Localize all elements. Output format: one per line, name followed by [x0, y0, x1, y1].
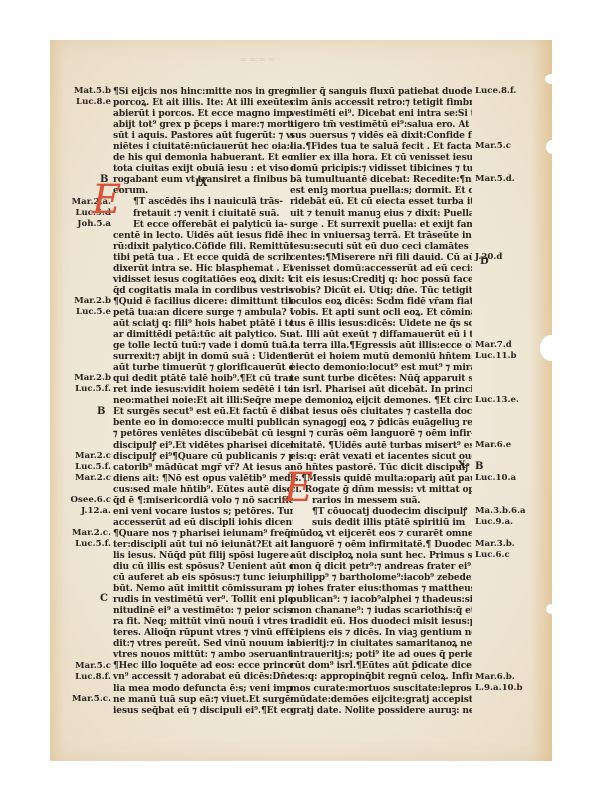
show-through-text: ≈ ≈ ≈ ≈ [240, 55, 274, 64]
text-line: cim ānis accessit retro:⁊ tetigit fimbri… [290, 97, 472, 108]
text-line: languorē ⁊ oēm infirmitatē.¶ Duodeci [290, 539, 472, 550]
text-line: petā tua:an dicere surge ⁊ ambula? Ut [113, 307, 293, 318]
text-line: aūt discipłoꝝ noia sunt hec. Primus sy- [290, 550, 472, 561]
text-line: mlier ex illa hora. Et cū venisset iesus… [290, 152, 472, 163]
text-line: catorib⁹ mādūcat mgr̄ vr̄? At iesus au [113, 462, 293, 473]
margin-reference: Luc.6.c [475, 550, 510, 560]
text-line: domū pricipis:⁊ vidisset tibicines ⁊ tur [290, 163, 472, 174]
torn-edge-notch [545, 74, 559, 84]
text-line: uit ⁊ tenuit manuꝫ eius ⁊ dixit: Puella [290, 208, 472, 219]
right-text-column: mlier q̄ sanguis fluxū patiebat duode-ci… [290, 86, 472, 716]
text-line: ne manū tuā sup eā:⁊ viuet.Et surgēs [113, 694, 293, 705]
text-line: gratj date. Nolite possidere auruꝫ: neq; [290, 705, 472, 716]
text-line: surrexit:⁊ abijt in domū suā : Uidentes [113, 351, 293, 362]
text-line: mon q̄ dicit petr⁹:⁊ andreas frater ei⁹: [290, 561, 472, 572]
text-line: sūt i aquis. Pastores aūt fugerūt: ⁊ ve- [113, 130, 293, 141]
text-line: mon chanane⁹: ⁊ iudas scariothis:q̄ et [290, 605, 472, 616]
text-line: in synagogj eoꝝ ⁊ p̄dicās euāgeliuꝫ re- [290, 417, 472, 428]
text-line: ¶Si eijcis nos hinc:mitte nos in gregē [113, 86, 293, 97]
text-line: ⁊ petōres veniētes discūbebāt cū iesu:⁊ [113, 428, 293, 439]
margin-reference: Mar.5.c. [55, 694, 111, 704]
text-line: oculos eoꝝ dicēs: Scd̄m fidē vr̄am fiat [290, 296, 472, 307]
margin-reference: Osee.6.c [55, 495, 111, 505]
text-line: cū auferet ab eis spōsus:⁊ tunc ieiuna- [113, 572, 293, 583]
margin-reference: Mar.7.d [475, 340, 512, 350]
text-line: cipiens eis ⁊ dicēs. In viaꝫ gentium ne [290, 627, 472, 638]
text-line: bā tumultuantē dicebat: Recedite:¶nō [290, 174, 472, 185]
text-line: tibi petā tua . Et ecce quidā de scribis [113, 252, 293, 263]
text-line: fretauit :⁊ venit i ciuitatē suā. [113, 208, 293, 219]
text-line: cit eis iesus:Creditj q: hoc possū facer… [290, 274, 472, 285]
text-line: bente eo in domo:ecce multi publicani [113, 417, 293, 428]
margin-reference: Luc.9.a. [475, 517, 513, 527]
margin-reference: L.9.a.10.b [475, 683, 523, 693]
chapter-number-x: X [458, 460, 466, 471]
margin-reference: Mar.5.d. [475, 174, 515, 184]
margin-reference: Luc.5.f. [55, 539, 111, 549]
text-line: vobis? Dicūt ei. Utiq; dn̄e. Tūc tetigit [290, 285, 472, 296]
text-line: vidisset iesus cogitatiōes eoꝝ dixit: Ut [113, 274, 293, 285]
red-initial-e: E [284, 468, 313, 508]
margin-reference: Mar.5.c [55, 661, 111, 671]
text-line: est eniꝫ mortua puella:s; dormit. Et de- [290, 185, 472, 196]
text-line: rudis in vestimētū ver⁹. Tollit eni ple- [113, 594, 293, 605]
text-line: sus ɔuersus ⁊ vidēs eā dixit:Confide fi- [290, 130, 472, 141]
text-line: nitudinē ei⁹ a vestimēto: ⁊ peior scissu… [113, 605, 293, 616]
text-line: Et surgēs secut⁹ est eū.Et factū ē discū… [113, 406, 293, 417]
text-line: eiecto demonio:locut⁹ est mut⁹ ⁊ mira- [290, 362, 472, 373]
margin-reference: Luc.8.f. [55, 672, 111, 682]
margin-reference: Luc.5.f. [55, 462, 111, 472]
text-line: ¶T ascēdēs ihs i nauiculā trās- [113, 196, 293, 207]
text-line: aūt sciatj q: fili⁹ hois habet ptātē i t… [113, 318, 293, 329]
text-line: ¶Quare nos ⁊ pharisei ieiunam⁹ freq̄ē [113, 528, 293, 539]
text-line: mitatē. ¶Uidēs autē turbas misert⁹ est [290, 440, 472, 451]
text-line: tota ciuitas exijt obuiā iesu : et viso … [113, 163, 293, 174]
text-line: surge . Et surrexit puella: et exijt fam… [290, 219, 472, 230]
red-initial-e: E [92, 180, 121, 220]
margin-reference: Luce.8.f. [475, 86, 516, 96]
text-line: publican⁹: ⁊ iacob⁹alphei ⁊ thadeus:si- [290, 594, 472, 605]
text-line: būt. Nemo aūt imittit cōmissuram pāni [113, 583, 293, 594]
text-line: accesserūt ad eū discipli iohis dicentes… [113, 517, 293, 528]
margin-reference: Luc.13.e. [475, 395, 519, 405]
text-line: ge tolle lectū tuū:⁊ vade i domū tuā.Et [113, 340, 293, 351]
text-line: lerūt ei hoiem mutū demoniū hn̄tem:et [290, 351, 472, 362]
margin-reference: Luc.5.f. [55, 384, 111, 394]
text-line: tes:q: appropinq̄bit regnū celoꝝ. Infir- [290, 671, 472, 682]
text-line: discipulꝭ ei⁹.Et vidētes pharisei dicebā… [113, 440, 293, 451]
margin-reference: Luc.10.a [475, 473, 516, 483]
margin-reference: Mar.6.e [475, 440, 511, 450]
margin-reference: Mar.2.c. [55, 528, 111, 538]
text-line: neo:mathei noie:Et ait illi:Seq̄re me [113, 395, 293, 406]
text-line: centē in lecto. Uidēs aūt iesus fidē ill… [113, 230, 293, 241]
torn-edge-notch [546, 604, 556, 614]
text-line: de his qui demonia habuerant. Et ecce [113, 152, 293, 163]
text-line: mlier q̄ sanguis fluxū patiebat duode- [290, 86, 472, 97]
text-line: intraueritj:s; poti⁹ ite ad oues q̄ peri… [290, 649, 472, 660]
text-line: iesu:secuti sūt eū duo ceci clamātes ⁊ d… [290, 241, 472, 252]
text-line: dit:⁊ vtres pereūt. Sed vinū nouum in [113, 638, 293, 649]
text-line: ter:discipli aūt tui nō ieiunāt?Et ait i… [113, 539, 293, 550]
text-line: philipp⁹ ⁊ bartholome⁹:iacob⁹ zebedei [290, 572, 472, 583]
text-line: porcoꝝ. Et ait illis. Ite: At illi exeūt… [113, 97, 293, 108]
text-line: iesus seq̄bat eū ⁊ discipuli ei⁹.¶Et ecc… [113, 705, 293, 716]
text-line: tigero tm̄ vestimētū ei⁹:salua ero. At i… [290, 119, 472, 130]
text-line: is.¶Messis quidē multa:opariȷ aūt pau [290, 473, 472, 484]
text-line: mos curate:mortuos suscitate:leprosos [290, 683, 472, 694]
text-line: ci. Rogate ḡ dn̄m messis: vt mittat ope- [290, 484, 472, 495]
text-line: gni ⁊ curās oēm languorē ⁊ oēm infir- [290, 428, 472, 439]
text-line: teres. Alioq̄n rūpunt vtres ⁊ vinū effū [113, 627, 293, 638]
margin-reference: Luc.5.e [55, 307, 111, 317]
text-line: centes:¶Miserere nr̄i fili dauid. Cū aūt [290, 252, 472, 263]
margin-reference: Mar.6.b. [475, 672, 515, 682]
text-line: vtres nouos mittūt: ⁊ ambo ɔseruant. [113, 649, 293, 660]
text-line: discipulꝭ ei⁹¶Quare cū publicanis ⁊ pec [113, 451, 293, 462]
text-line: suis dedit illis ptātē spiritiū im [290, 517, 472, 528]
margin-reference: Ma.3.b.6.a [475, 506, 526, 516]
margin-reference: Mat.5.b [55, 86, 111, 96]
margin-reference: Luc.8.e [55, 97, 111, 107]
text-line: niētes i ciuitatē:nūciauerūt hec oia:et [113, 141, 293, 152]
text-line: abijt tot⁹ grex p p̄ceps i mare:⁊ mortui [113, 119, 293, 130]
text-line: te sunt turbe dicētes: Nūq̄ apparuit sic [290, 373, 472, 384]
text-line: hec in vniuersaꝫ terrā. Et trāseūte inde [290, 230, 472, 241]
text-line: lis iesus. Nūq̄d pūt filij spōsi lugere … [113, 550, 293, 561]
text-line: Et ecce offerebāt ei palyticū ia- [113, 219, 293, 230]
text-line: venisset domū:accesserūt ad eū ceci:⁊ di [290, 263, 472, 274]
text-line: ar dimittēdi petā:tūc ait palytico. Sur [113, 329, 293, 340]
margin-reference: Mar.2.c [55, 451, 111, 461]
text-line: ta terra illa.¶Egressis aūt illis:ecce o… [290, 340, 472, 351]
text-line: dixerūt intra se. Hic blasphemat . Et cū [113, 263, 293, 274]
text-line: vestimēti ei⁹. Dicebat eni intra se:Si t… [290, 108, 472, 119]
text-line: tus ē illis iesus:dicēs: Uidete ne q̄s s… [290, 318, 472, 329]
text-line: ibat iesus oēs ciuitates ⁊ castella docē… [290, 406, 472, 417]
text-line: mūdate:demōes eijcite:gratj accepistj: [290, 694, 472, 705]
text-line: in isrl̄. Pharisei aūt dicebāt. In princ… [290, 384, 472, 395]
margin-reference: J.12.a. [55, 506, 111, 516]
text-line: rūt dom⁹ isrl̄.¶Eūtes aūt p̄dicate dicen [290, 660, 472, 671]
text-line: pe demonioꝝ eijcit demones. ¶Et circū- [290, 395, 472, 406]
text-line: q̄d cogitatis mala in cordibus vestris. [113, 285, 293, 296]
text-line: ra fit. Neq; mittūt vinū nouū i vtres ve [113, 616, 293, 627]
section-letter-c: C [100, 593, 108, 604]
text-line: qui dedit ptātē talē hoib⁹.¶Et cū transi [113, 373, 293, 384]
text-line: mūdoꝝ vt eijcerēt eos ⁊ curarēt omnes [290, 528, 472, 539]
margin-reference: Mar.2.c [55, 473, 111, 483]
chapter-number-ix: IX [195, 178, 207, 189]
section-letter-b: B [97, 406, 105, 417]
margin-reference: Luc.11.b [475, 351, 516, 361]
text-line: cus:sed male hn̄tib⁹. Eūtes autē discite [113, 484, 293, 495]
text-line: rū:dixit palytico.Cōfide fili. Remittūt [113, 241, 293, 252]
text-line: aūt turbe timuerūt ⁊ glorificauerūt deū [113, 362, 293, 373]
text-line: ¶T cōuocatj duodecim discipulꝭ [290, 506, 472, 517]
torn-edge-notch [546, 140, 558, 154]
torn-edge-notch [540, 335, 562, 361]
text-line: vobis. Et apti sunt ocli eoꝝ. Et cōmina [290, 307, 472, 318]
text-line: diu cū illis est spōsus? Uenient aūt die… [113, 561, 293, 572]
text-line: ¶Quid ē facilius dicere: dimittunt tibi [113, 296, 293, 307]
text-line: ret inde iesus:vidit hoiem sedētē i telo [113, 384, 293, 395]
text-line: ridebāt eū. Et cū eiecta esset turba itr… [290, 196, 472, 207]
text-line: lia mea modo defuncta ē:s; veni impo- [113, 683, 293, 694]
text-line: nō hn̄tes pastorē. Tūc dicit discipulꝭ s… [290, 462, 472, 473]
text-line: at. Illi aūt exeūt ⁊ diffamauerūt eū i t… [290, 329, 472, 340]
text-line: vn⁹ accessit ⁊ adorabat eū dicēs:Dn̄e fi [113, 671, 293, 682]
text-line: q̄d ē ¶:misericordiā volo ⁊ nō sacrifici… [113, 495, 293, 506]
margin-reference: Mar.5.c [475, 141, 511, 151]
margin-reference: Mar.2.b [55, 373, 111, 383]
text-line: ⁊ iohes frater eius:thomas ⁊ mattheus [290, 583, 472, 594]
text-line: eis:q: erāt vexati et iacentes sicut oue… [290, 451, 472, 462]
text-line: eni veni vocare iustos s; petōres. Tunc [113, 506, 293, 517]
text-line: diens ait: ¶Nō est opus valētib⁹ medi- [113, 473, 293, 484]
margin-reference: Mar.2.b [55, 296, 111, 306]
edge-stain-left [50, 40, 64, 761]
section-letter-b: B [475, 461, 483, 472]
text-line: lia.¶Fides tua te saluā fecit . Et facta… [290, 141, 472, 152]
text-line: rarios in messem suā. [290, 495, 472, 506]
section-letter-d: D [480, 256, 489, 267]
margin-reference: Mar.3.b. [475, 539, 515, 549]
text-line: abieritj:⁊ in ciuitates samaritanoꝝ ne [290, 638, 472, 649]
text-line: ¶Hec illo loquēte ad eos: ecce princeps [113, 660, 293, 671]
text-line: abierūt i porcos. Et ecce magno impetu [113, 108, 293, 119]
text-line: tradidit eū. Hos duodeci misit iesus:p̄- [290, 616, 472, 627]
